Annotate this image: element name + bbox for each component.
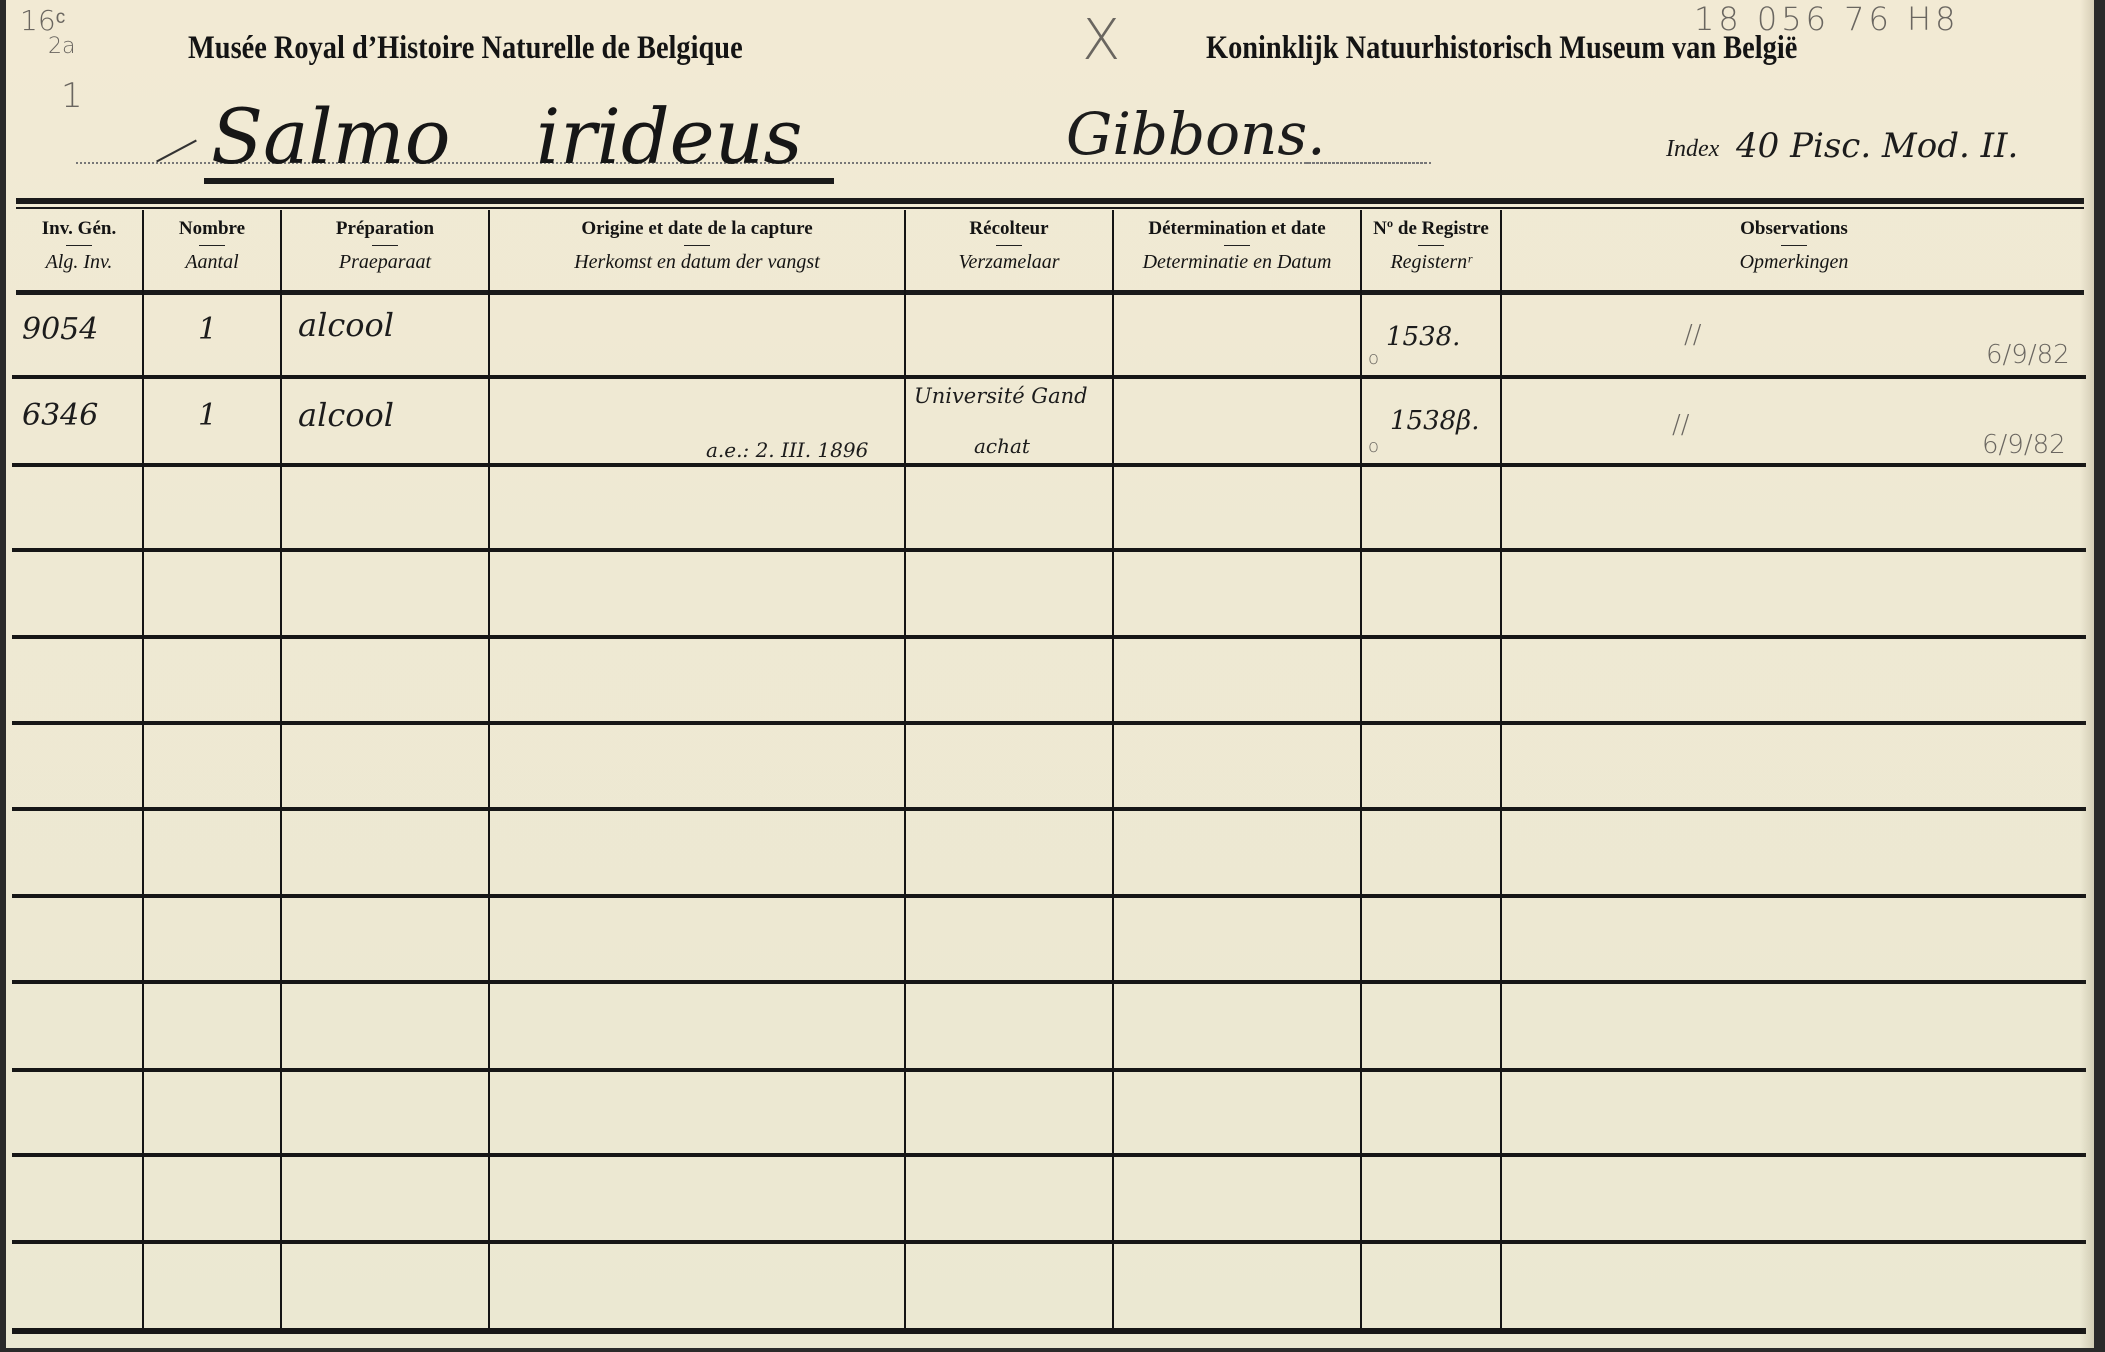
row-divider: [12, 1068, 2086, 1072]
row-divider: [12, 463, 2086, 467]
pencil-cross-mark: X: [1082, 8, 1120, 73]
cell-preparation: alcool: [298, 396, 394, 434]
column-header-recolteur: Récolteur Verzamelaar: [906, 212, 1112, 288]
cell-preparation: alcool: [298, 306, 394, 344]
column-header-determination: Détermination et date Determinatie en Da…: [1114, 212, 1360, 288]
row-divider: [12, 894, 2086, 898]
cell-origine: a.e.: 2. III. 1896: [706, 438, 868, 462]
cell-registre: 1538.: [1386, 322, 1460, 352]
cell-registre-mark: o: [1368, 348, 1379, 369]
column-header-nombre: Nombre Aantal: [144, 212, 280, 288]
pencil-note-16c: 16ᶜ: [20, 4, 66, 37]
column-header-origine: Origine et date de la capture Herkomst e…: [490, 212, 904, 288]
table-bottom-rule: [12, 1328, 2086, 1334]
row-divider: [12, 635, 2086, 639]
header-top-rule-thick: [16, 198, 2084, 204]
cell-recolteur: Université Gand: [914, 384, 1088, 408]
museum-title-french: Musée Royal d’Histoire Naturelle de Belg…: [188, 30, 743, 67]
cell-registre: 1538β.: [1390, 406, 1479, 436]
pencil-note-2a: 2a: [48, 34, 75, 59]
row-divider: [12, 1153, 2086, 1157]
cell-nombre: 1: [198, 312, 217, 347]
header-bottom-rule: [16, 290, 2084, 295]
row-divider: [12, 721, 2086, 725]
cell-recolteur-note: achat: [974, 434, 1030, 458]
cell-registre-mark: o: [1368, 436, 1379, 457]
cell-observations-date: 6/9/82: [1982, 430, 2066, 460]
cell-inv: 9054: [22, 312, 98, 347]
cell-observations-date: 6/9/82: [1986, 340, 2070, 370]
species-genus: Salmo: [211, 92, 451, 181]
row-divider: [12, 375, 2086, 379]
author-dotted-line: [1306, 162, 1431, 164]
species-author: Gibbons.: [1066, 100, 1326, 168]
row-divider: [12, 548, 2086, 552]
species-leading-dash: [156, 140, 197, 163]
column-header-preparation: Préparation Praeparaat: [282, 212, 488, 288]
cell-nombre: 1: [198, 398, 217, 433]
cell-observations: //: [1672, 410, 1690, 440]
column-header-inv: Inv. Gén. Alg. Inv.: [16, 212, 142, 288]
species-epithet: irideus: [536, 92, 803, 181]
row-divider: [12, 980, 2086, 984]
pencil-note-1: 1: [61, 76, 83, 116]
header-top-rule-thin: [16, 207, 2084, 209]
row-divider: [12, 807, 2086, 811]
index-value: 40 Pisc. Mod. II.: [1736, 126, 2018, 166]
column-header-observations: Observations Opmerkingen: [1502, 212, 2086, 288]
row-divider: [12, 1240, 2086, 1244]
cell-inv: 6346: [22, 398, 98, 433]
cell-observations: //: [1684, 320, 1702, 350]
column-header-registre: Nº de Registre Registernʳ: [1362, 212, 1500, 288]
specimen-register-card: 16ᶜ 2a 1 X 18 056 76 H8 Musée Royal d’Hi…: [6, 0, 2094, 1348]
index-label: Index: [1666, 136, 1719, 163]
museum-title-dutch: Koninklijk Natuurhistorisch Museum van B…: [1206, 30, 1797, 67]
species-underline: [204, 178, 834, 184]
